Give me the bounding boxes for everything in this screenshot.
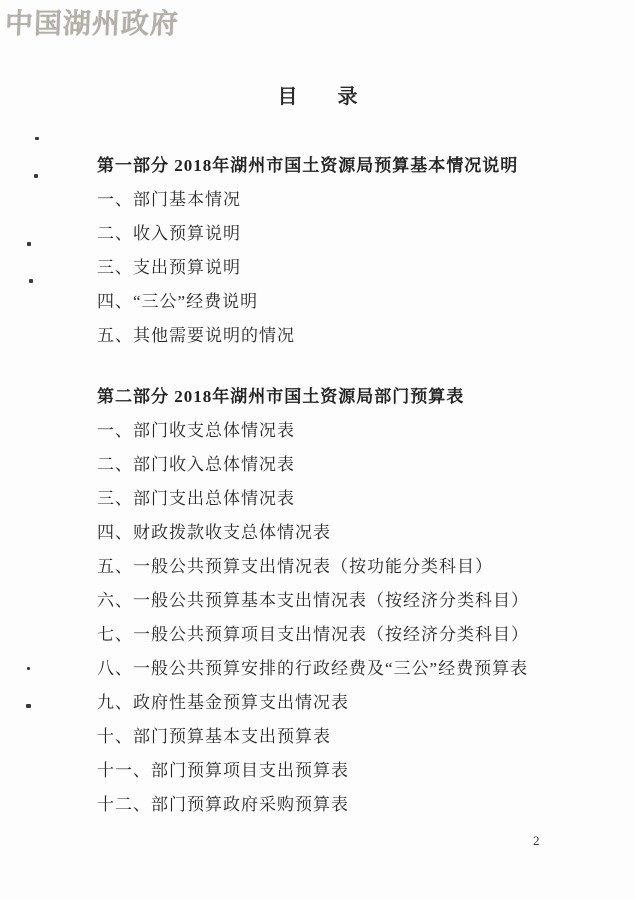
page-number: 2 — [533, 833, 540, 849]
scan-speck — [27, 667, 30, 670]
toc-item: 五、其他需要说明的情况 — [97, 319, 595, 353]
scan-speck — [27, 242, 31, 246]
toc-section-1: 第一部分 2018年湖州市国土资源局预算基本情况说明 一、部门基本情况 二、收入… — [97, 149, 595, 353]
section-1-heading: 第一部分 2018年湖州市国土资源局预算基本情况说明 — [97, 149, 595, 183]
toc-item: 十一、部门预算项目支出预算表 — [97, 754, 595, 788]
toc-item: 十、部门预算基本支出预算表 — [97, 720, 595, 754]
scan-speck — [35, 137, 39, 140]
toc-item: 九、政府性基金预算支出情况表 — [97, 686, 595, 720]
toc-section-2: 第二部分 2018年湖州市国土资源局部门预算表 一、部门收支总体情况表 二、部门… — [97, 380, 595, 822]
toc-item: 三、部门支出总体情况表 — [97, 482, 595, 516]
toc-item: 二、收入预算说明 — [97, 217, 595, 251]
toc-item: 七、一般公共预算项目支出情况表（按经济分类科目） — [97, 618, 595, 652]
government-logo-watermark: 中国湖州政府 — [4, 2, 179, 42]
scan-speck — [29, 279, 33, 283]
section-2-heading: 第二部分 2018年湖州市国土资源局部门预算表 — [97, 380, 595, 414]
toc-item: 四、财政拨款收支总体情况表 — [97, 516, 595, 550]
toc-item: 三、支出预算说明 — [97, 251, 595, 285]
toc-item: 一、部门基本情况 — [97, 183, 595, 217]
toc-item: 六、一般公共预算基本支出情况表（按经济分类科目） — [97, 584, 595, 618]
document-page: 中国湖州政府 目 录 第一部分 2018年湖州市国土资源局预算基本情况说明 一、… — [0, 0, 635, 900]
toc-item: 五、一般公共预算支出情况表（按功能分类科目） — [97, 550, 595, 584]
toc-item: 二、部门收入总体情况表 — [97, 448, 595, 482]
page-title: 目 录 — [0, 80, 635, 109]
toc-item: 四、“三公”经费说明 — [97, 285, 595, 319]
toc-item: 八、一般公共预算安排的行政经费及“三公”经费预算表 — [97, 652, 595, 686]
toc-item: 十二、部门预算政府采购预算表 — [97, 788, 595, 822]
scan-speck — [26, 704, 31, 708]
toc-item: 一、部门收支总体情况表 — [97, 414, 595, 448]
scan-speck — [34, 174, 38, 178]
